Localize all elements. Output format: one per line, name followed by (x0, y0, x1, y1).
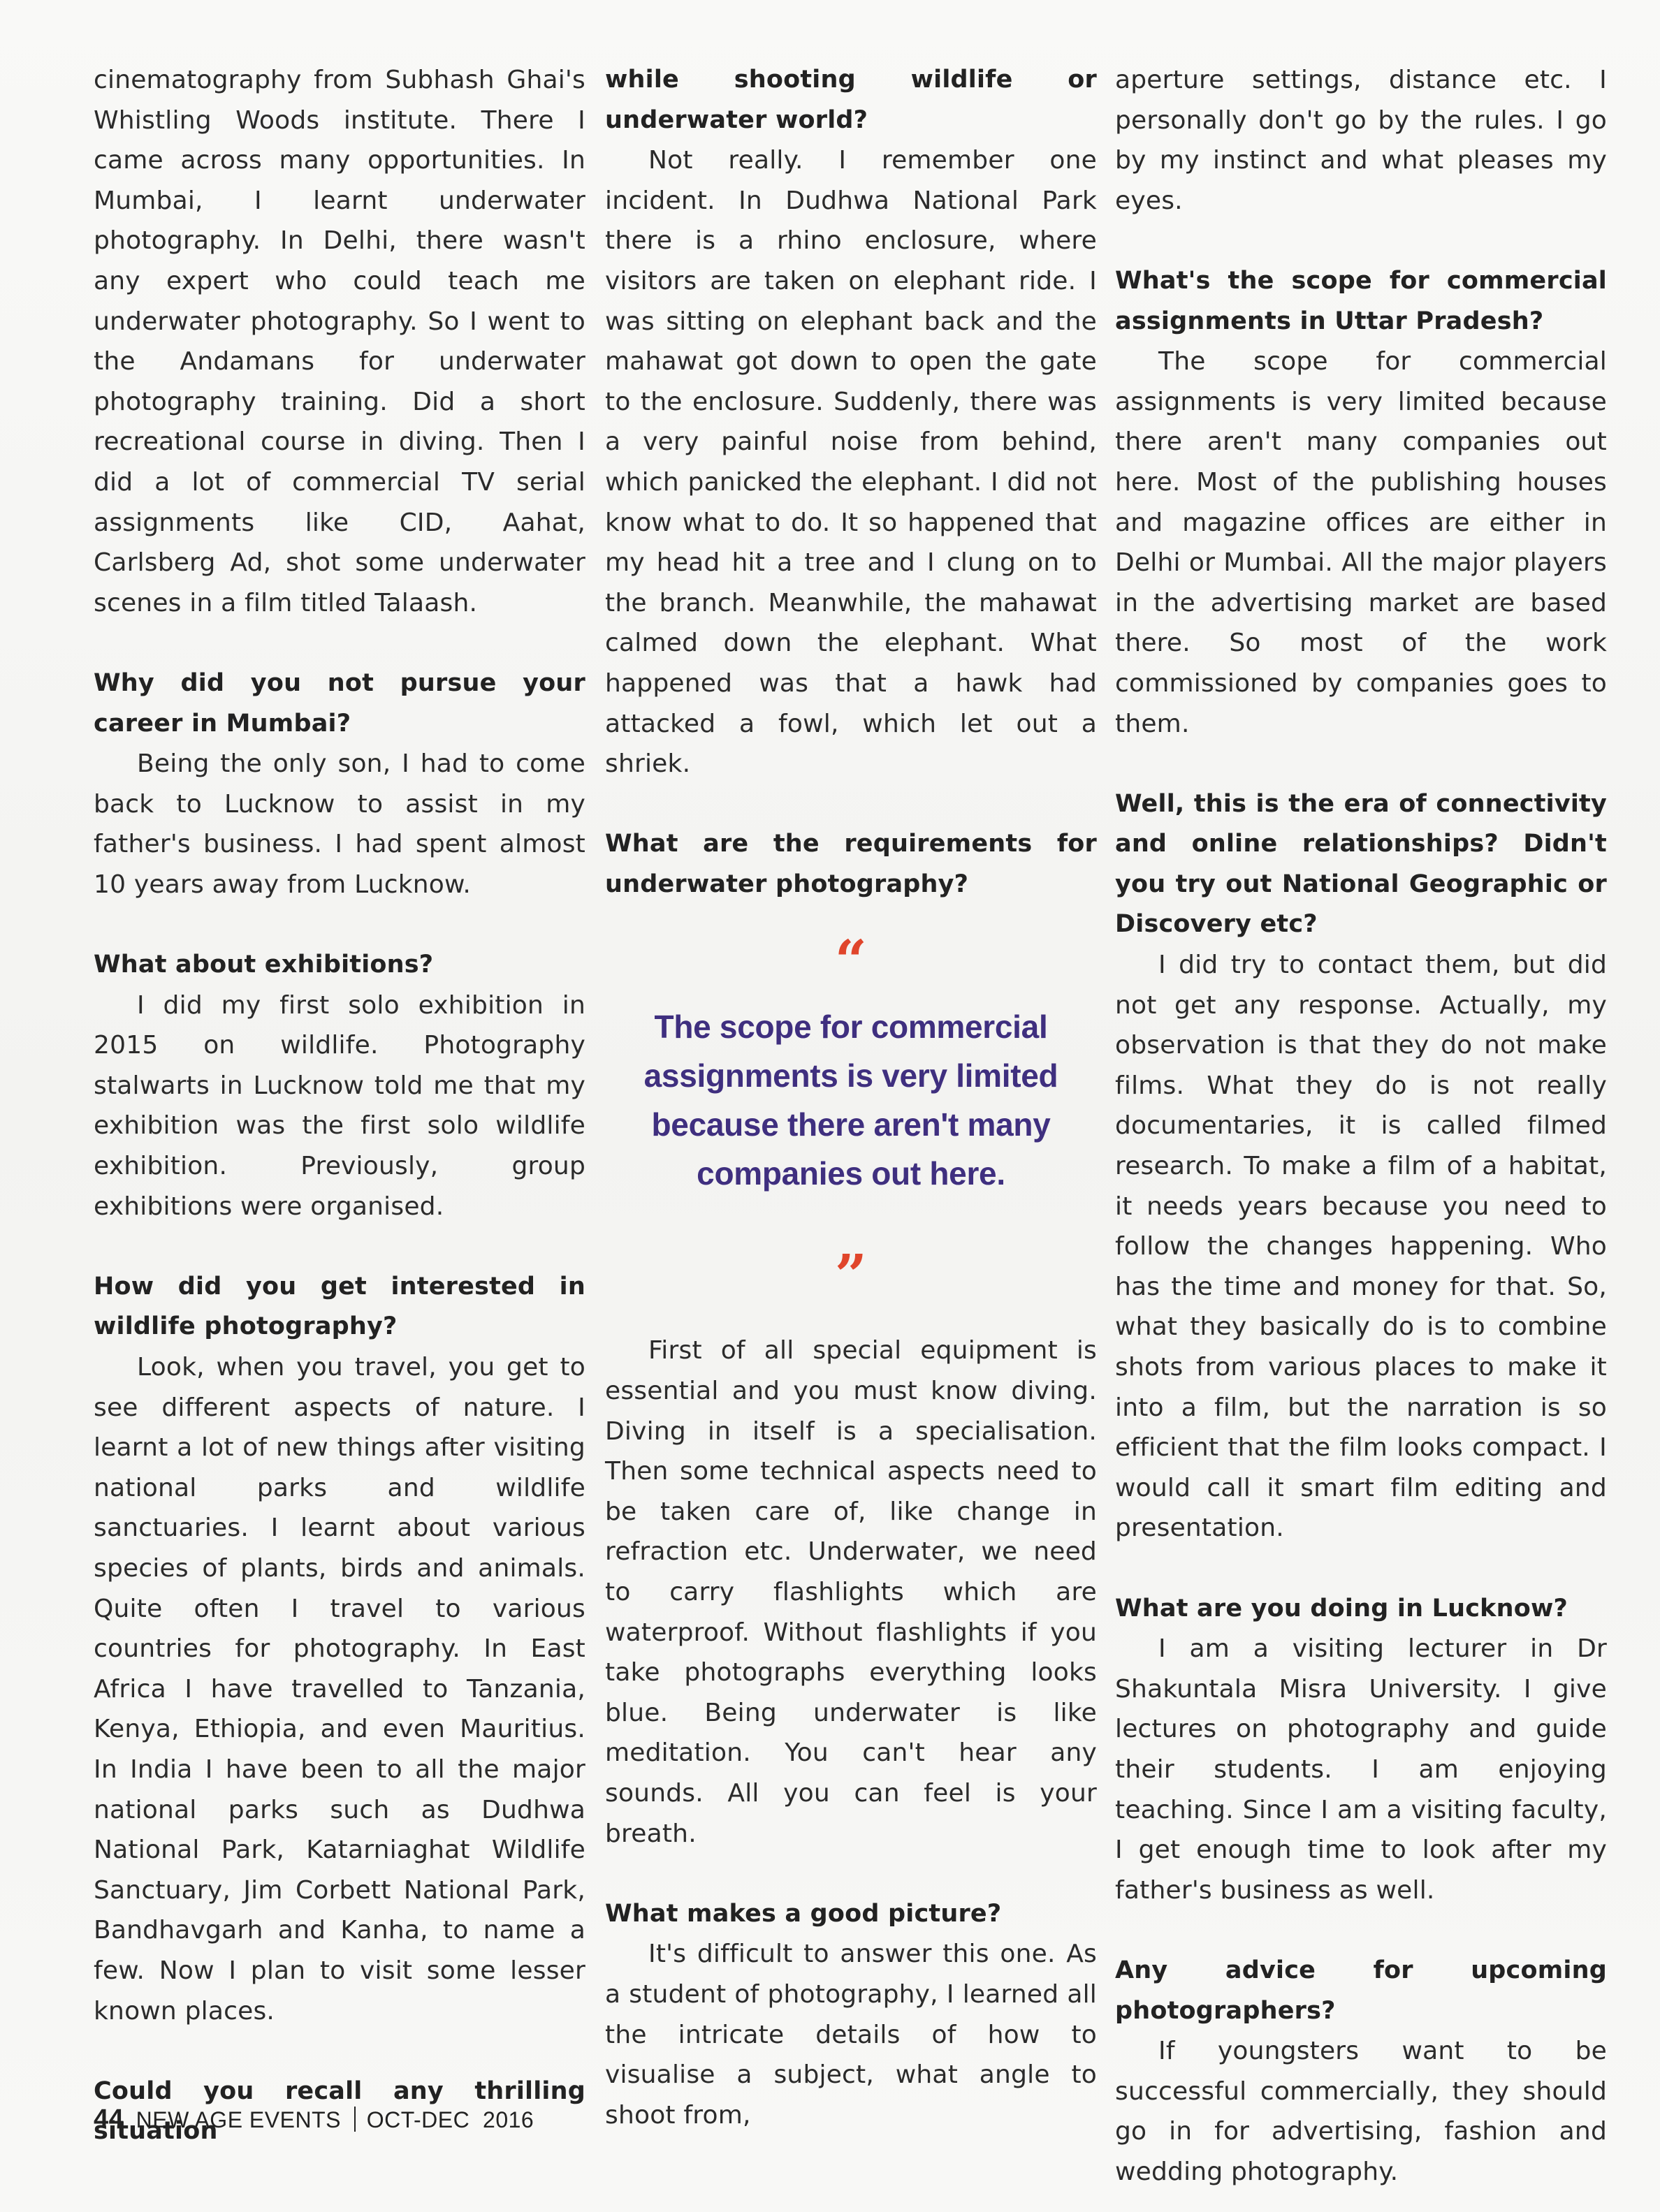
interview-answer: If youngsters want to be successful comm… (1115, 2031, 1607, 2192)
interview-question: What's the scope for commercial assignme… (1115, 261, 1607, 342)
interview-answer: I did my first solo exhibition in 2015 o… (94, 986, 585, 1227)
interview-question: What makes a good picture? (605, 1894, 1097, 1935)
interview-question: What about exhibitions? (94, 945, 585, 986)
body-paragraph: cinematography from Subhash Ghai's Whist… (94, 60, 585, 623)
interview-question-continued: while shooting wildlife or underwater wo… (605, 60, 1097, 140)
interview-answer: The scope for commercial assignments is … (1115, 342, 1607, 744)
interview-answer-continued: aperture settings, distance etc. I perso… (1115, 60, 1607, 221)
interview-answer: Not really. I remember one incident. In … (605, 140, 1097, 784)
open-quote-icon: “ (626, 932, 1076, 988)
interview-question: Why did you not pursue your career in Mu… (94, 664, 585, 744)
interview-answer: First of all special equipment is essent… (605, 1331, 1097, 1854)
close-quote-icon: ” (626, 1247, 1076, 1303)
interview-answer: It's difficult to answer this one. As a … (605, 1934, 1097, 2135)
interview-answer: Being the only son, I had to come back t… (94, 744, 585, 904)
column-3: aperture settings, distance etc. I perso… (1115, 60, 1607, 2192)
column-2: while shooting wildlife or underwater wo… (605, 60, 1097, 2135)
interview-question: Well, this is the era of connectivity an… (1115, 784, 1607, 945)
pull-quote-text: The scope for commercial assignments is … (626, 1002, 1076, 1198)
interview-question: What are you doing in Lucknow? (1115, 1589, 1607, 1629)
interview-question: How did you get interested in wildlife p… (94, 1267, 585, 1347)
column-1: cinematography from Subhash Ghai's Whist… (94, 60, 585, 2152)
footer-divider (354, 2107, 356, 2132)
publication-name: NEW AGE EVENTS (136, 2107, 341, 2132)
interview-answer: I am a visiting lecturer in Dr Shakuntal… (1115, 1629, 1607, 1910)
page-number: 44 (94, 2104, 124, 2134)
interview-question: What are the requirements for underwater… (605, 824, 1097, 904)
issue-date: OCT-DEC 2016 (367, 2107, 534, 2132)
magazine-page: cinematography from Subhash Ghai's Whist… (0, 0, 1660, 2212)
pull-quote: “ The scope for commercial assignments i… (605, 932, 1097, 1303)
interview-answer: Look, when you travel, you get to see di… (94, 1347, 585, 2031)
interview-answer: I did try to contact them, but did not g… (1115, 945, 1607, 1548)
page-footer: 44 NEW AGE EVENTS OCT-DEC 2016 (94, 2104, 534, 2134)
interview-question: Any advice for upcoming photographers? (1115, 1951, 1607, 2031)
